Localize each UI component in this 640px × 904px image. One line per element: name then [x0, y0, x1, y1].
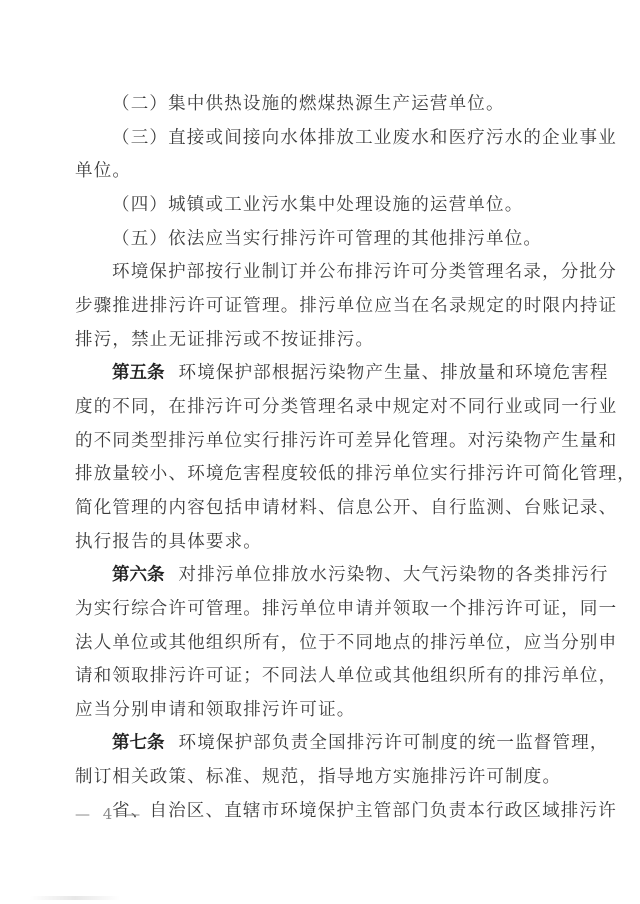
text-line: 的不同类型排污单位实行排污许可差异化管理。对污染物产生量和 — [75, 425, 547, 459]
document-body: （二）集中供热设施的燃煤热源生产运营单位。 （三）直接或间接向水体排放工业废水和… — [75, 88, 547, 828]
article-7: 第七条环境保护部负责全国排污许可制度的统一监督管理， 制订相关政策、标准、规范，… — [75, 727, 547, 794]
text-line: 执行报告的具体要求。 — [75, 526, 547, 560]
article-title: 第六条 — [112, 565, 165, 585]
text-line: 第五条环境保护部根据污染物产生量、排放量和环境危害程 — [75, 357, 547, 391]
body-paragraph-provincial: 省、自治区、直辖市环境保护主管部门负责本行政区域排污许 — [75, 795, 547, 829]
text-line: 排污，禁止无证排污或不按证排污。 — [75, 324, 547, 358]
text-line: （四）城镇或工业污水集中处理设施的运营单位。 — [75, 189, 547, 223]
list-item-2: （二）集中供热设施的燃煤热源生产运营单位。 — [75, 88, 547, 122]
text-line: 制订相关政策、标准、规范，指导地方实施排污许可制度。 — [75, 761, 547, 795]
text-line: 度的不同，在排污许可分类管理名录中规定对不同行业或同一行业 — [75, 391, 547, 425]
text-line: 第七条环境保护部负责全国排污许可制度的统一监督管理， — [75, 727, 547, 761]
text-line: 排放量较小、环境危害程度较低的排污单位实行排污许可简化管理， — [75, 458, 547, 492]
list-item-4: （四）城镇或工业污水集中处理设施的运营单位。 — [75, 189, 547, 223]
text-line: 法人单位或其他组织所有，位于不同地点的排污单位，应当分别申 — [75, 627, 547, 661]
text-line: 省、自治区、直辖市环境保护主管部门负责本行政区域排污许 — [75, 795, 547, 829]
text-line: 应当分别申请和领取排污许可证。 — [75, 694, 547, 728]
body-paragraph-directory: 环境保护部按行业制订并公布排污许可分类管理名录，分批分 步骤推进排污许可证管理。… — [75, 256, 547, 357]
article-text: 环境保护部负责全国排污许可制度的统一监督管理， — [179, 733, 609, 753]
text-line: 单位。 — [75, 155, 547, 189]
article-6: 第六条对排污单位排放水污染物、大气污染物的各类排污行 为实行综合许可管理。排污单… — [75, 559, 547, 727]
page-number: — 4 — — [75, 805, 144, 823]
article-title: 第五条 — [112, 363, 165, 383]
text-line: 步骤推进排污许可证管理。排污单位应当在名录规定的时限内持证 — [75, 290, 547, 324]
text-line: （二）集中供热设施的燃煤热源生产运营单位。 — [75, 88, 547, 122]
list-item-5: （五）依法应当实行排污许可管理的其他排污单位。 — [75, 223, 547, 257]
list-item-3: （三）直接或间接向水体排放工业废水和医疗污水的企业事业 单位。 — [75, 122, 547, 189]
document-page: （二）集中供热设施的燃煤热源生产运营单位。 （三）直接或间接向水体排放工业废水和… — [0, 0, 640, 904]
text-line: 请和领取排污许可证；不同法人单位或其他组织所有的排污单位， — [75, 660, 547, 694]
text-line: 第六条对排污单位排放水污染物、大气污染物的各类排污行 — [75, 559, 547, 593]
text-line: 环境保护部按行业制订并公布排污许可分类管理名录，分批分 — [75, 256, 547, 290]
text-line: （五）依法应当实行排污许可管理的其他排污单位。 — [75, 223, 547, 257]
article-5: 第五条环境保护部根据污染物产生量、排放量和环境危害程 度的不同，在排污许可分类管… — [75, 357, 547, 559]
text-line: 为实行综合许可管理。排污单位申请并领取一个排污许可证，同一 — [75, 593, 547, 627]
scan-artifact — [30, 896, 120, 900]
text-line: 简化管理的内容包括申请材料、信息公开、自行监测、台账记录、 — [75, 492, 547, 526]
article-text: 环境保护部根据污染物产生量、排放量和环境危害程 — [179, 363, 609, 383]
text-line: （三）直接或间接向水体排放工业废水和医疗污水的企业事业 — [75, 122, 547, 156]
article-title: 第七条 — [112, 733, 165, 753]
article-text: 对排污单位排放水污染物、大气污染物的各类排污行 — [179, 565, 609, 585]
